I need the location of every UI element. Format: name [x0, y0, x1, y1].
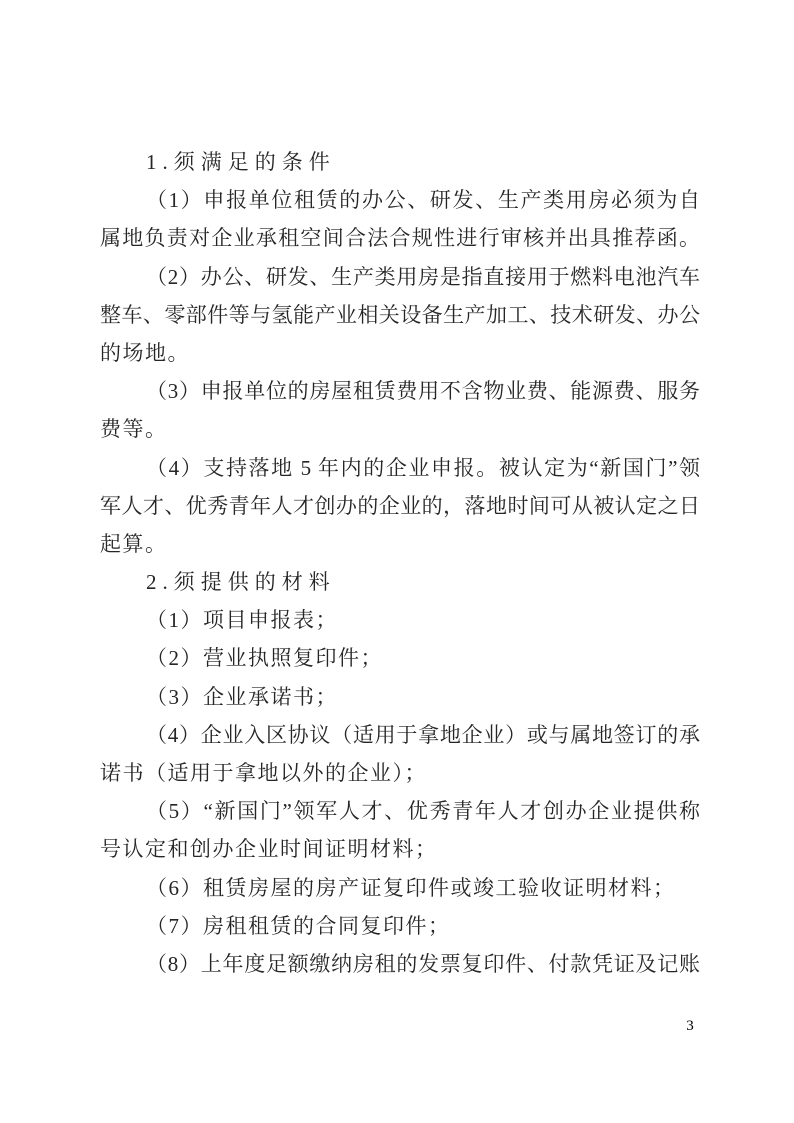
document-body: 1.须满足的条件（1）申报单位租赁的办公、研发、生产类用房必须为自用，属地负责对… — [100, 143, 700, 983]
document-page: 1.须满足的条件（1）申报单位租赁的办公、研发、生产类用房必须为自用，属地负责对… — [0, 0, 794, 1123]
text-line: （2）办公、研发、生产类用房是指直接用于燃料电池汽车 — [100, 258, 700, 296]
text-line: 属地负责对企业承租空间合法合规性进行审核并出具推荐函。 — [100, 219, 700, 257]
text-line: （1）项目申报表； — [100, 601, 700, 639]
text-line: 军人才、优秀青年人才创办的企业的，落地时间可从被认定之日 — [100, 487, 700, 525]
text-line: 诺书（适用于拿地以外的企业）； — [100, 754, 700, 792]
text-line: （2）营业执照复印件； — [100, 639, 700, 677]
page-number: 3 — [668, 1016, 712, 1036]
text-line: （6）租赁房屋的房产证复印件或竣工验收证明材料； — [100, 869, 700, 907]
text-line: 2.须提供的材料 — [100, 563, 700, 601]
text-line: （7）房租租赁的合同复印件； — [100, 907, 700, 945]
text-line: 费等。 — [100, 410, 700, 448]
text-line: 起算。 — [100, 525, 700, 563]
text-line: 1.须满足的条件 — [100, 143, 700, 181]
text-line: （3）企业承诺书； — [100, 678, 700, 716]
text-line: （5）“新国门”领军人才、优秀青年人才创办企业提供称 — [100, 792, 700, 830]
text-line: （1）申报单位租赁的办公、研发、生产类用房必须为自用， — [100, 181, 700, 219]
text-line: （8）上年度足额缴纳房租的发票复印件、付款凭证及记账 — [100, 945, 700, 983]
text-line: 号认定和创办企业时间证明材料； — [100, 830, 700, 868]
text-line: （3）申报单位的房屋租赁费用不含物业费、能源费、服务 — [100, 372, 700, 410]
text-line: 整车、零部件等与氢能产业相关设备生产加工、技术研发、办公 — [100, 296, 700, 334]
text-line: 的场地。 — [100, 334, 700, 372]
text-line: （4）支持落地 5 年内的企业申报。被认定为“新国门”领 — [100, 449, 700, 487]
text-line: （4）企业入区协议（适用于拿地企业）或与属地签订的承 — [100, 716, 700, 754]
